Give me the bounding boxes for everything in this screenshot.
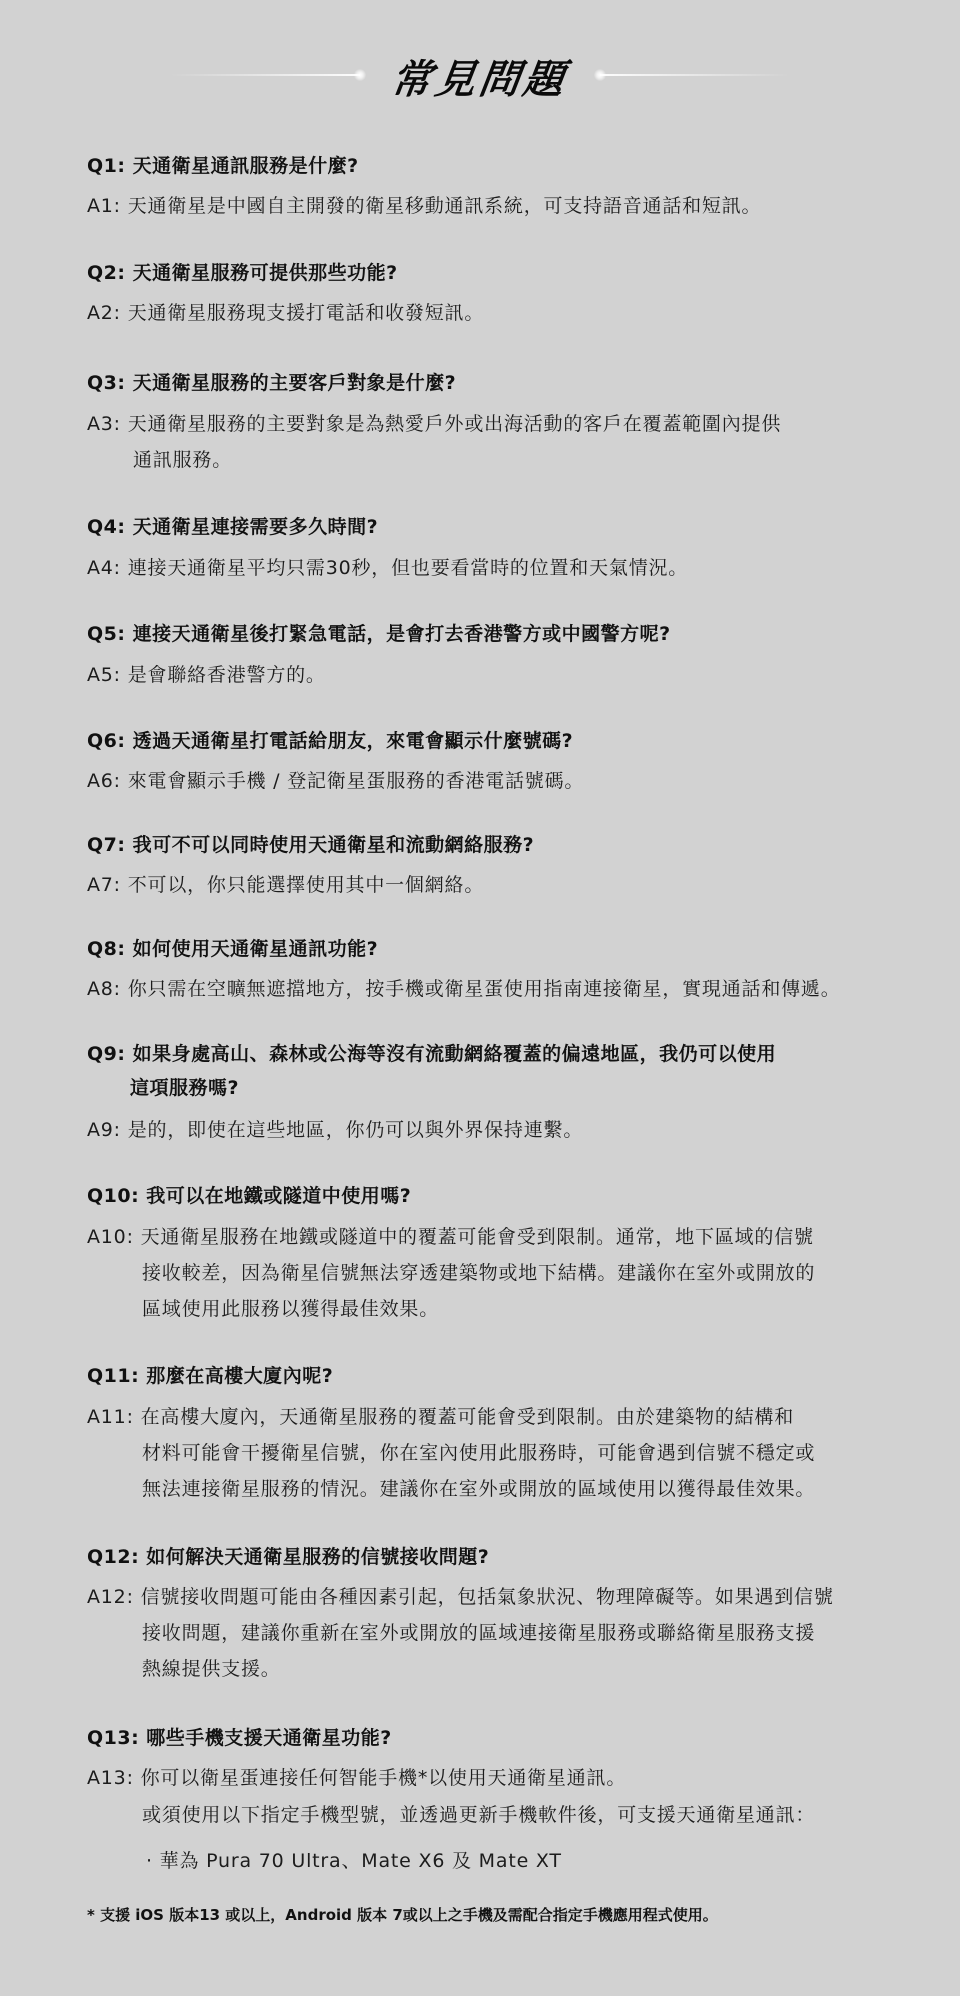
- faq-question-6: Q6: 透過天通衛星打電話給朋友，來電會顯示什麼號碼?: [87, 726, 573, 753]
- faq-answer-10-line-3: 區域使用此服務以獲得最佳效果。: [142, 1294, 439, 1321]
- faq-answer-11-line-3: 無法連接衛星服務的情況。建議你在室外或開放的區域使用以獲得最佳效果。: [142, 1474, 815, 1501]
- faq-answer-12-line-2: 接收問題，建議你重新在室外或開放的區域連接衛星服務或聯絡衛星服務支援: [142, 1618, 815, 1645]
- faq-question-9-line-2: 這項服務嗎?: [130, 1073, 239, 1100]
- faq-answer-9: A9: 是的，即使在這些地區，你仍可以與外界保持連繫。: [87, 1115, 583, 1142]
- supported-phone-list-item: · 華為 Pura 70 Ultra、Mate X6 及 Mate XT: [146, 1846, 562, 1873]
- faq-answer-3: A3: 天通衛星服務的主要對象是為熱愛戶外或出海活動的客戶在覆蓋範圍內提供: [87, 409, 781, 436]
- faq-header: 常見問題: [0, 40, 960, 110]
- faq-question-9: Q9: 如果身處高山、森林或公海等沒有流動網絡覆蓋的偏遠地區，我仍可以使用: [87, 1039, 776, 1066]
- faq-answer-13: A13: 你可以衛星蛋連接任何智能手機*以使用天通衛星通訊。: [87, 1763, 626, 1790]
- faq-answer-5: A5: 是會聯絡香港警方的。: [87, 660, 326, 687]
- faq-answer-4: A4: 連接天通衛星平均只需30秒，但也要看當時的位置和天氣情況。: [87, 553, 688, 580]
- faq-answer-3-line-2: 通訊服務。: [133, 445, 232, 472]
- faq-question-13: Q13: 哪些手機支援天通衛星功能?: [87, 1723, 392, 1750]
- faq-question-4: Q4: 天通衛星連接需要多久時間?: [87, 512, 378, 539]
- faq-question-12: Q12: 如何解決天通衛星服務的信號接收問題?: [87, 1542, 489, 1569]
- faq-question-7: Q7: 我可不可以同時使用天通衛星和流動網絡服務?: [87, 830, 534, 857]
- faq-answer-6: A6: 來電會顯示手機 / 登記衛星蛋服務的香港電話號碼。: [87, 766, 584, 793]
- faq-question-5: Q5: 連接天通衛星後打緊急電話，是會打去香港警方或中國警方呢?: [87, 619, 671, 646]
- faq-question-10: Q10: 我可以在地鐵或隧道中使用嗎?: [87, 1181, 411, 1208]
- faq-answer-11: A11: 在高樓大廈內，天通衛星服務的覆蓋可能會受到限制。由於建築物的結構和: [87, 1402, 794, 1429]
- page-title: 常見問題: [0, 48, 960, 105]
- faq-answer-13-line-2: 或須使用以下指定手機型號，並透過更新手機軟件後，可支援天通衛星通訊：: [142, 1800, 815, 1827]
- faq-question-8: Q8: 如何使用天通衛星通訊功能?: [87, 934, 378, 961]
- faq-question-2: Q2: 天通衛星服務可提供那些功能?: [87, 258, 398, 285]
- faq-answer-8: A8: 你只需在空曠無遮擋地方，按手機或衛星蛋使用指南連接衛星，實現通話和傳遞。: [87, 974, 841, 1001]
- faq-question-1: Q1: 天通衛星通訊服務是什麼?: [87, 151, 359, 178]
- footnote: * 支援 iOS 版本13 或以上，Android 版本 7或以上之手機及需配合…: [87, 1904, 718, 1925]
- faq-answer-10-line-2: 接收較差，因為衛星信號無法穿透建築物或地下結構。建議你在室外或開放的: [142, 1258, 815, 1285]
- faq-answer-2: A2: 天通衛星服務現支援打電話和收發短訊。: [87, 298, 484, 325]
- faq-answer-12-line-3: 熱線提供支援。: [142, 1654, 281, 1681]
- faq-answer-1: A1: 天通衛星是中國自主開發的衛星移動通訊系統，可支持語音通話和短訊。: [87, 191, 761, 218]
- faq-question-11: Q11: 那麼在高樓大廈內呢?: [87, 1361, 333, 1388]
- faq-answer-10: A10: 天通衛星服務在地鐵或隧道中的覆蓋可能會受到限制。通常，地下區域的信號: [87, 1222, 814, 1249]
- faq-answer-7: A7: 不可以，你只能選擇使用其中一個網絡。: [87, 870, 484, 897]
- faq-question-3: Q3: 天通衛星服務的主要客戶對象是什麼?: [87, 368, 456, 395]
- faq-answer-11-line-2: 材料可能會干擾衛星信號，你在室內使用此服務時，可能會遇到信號不穩定或: [142, 1438, 815, 1465]
- decorative-line-right: [600, 74, 790, 76]
- faq-answer-12: A12: 信號接收問題可能由各種因素引起，包括氣象狀況、物理障礙等。如果遇到信號: [87, 1582, 834, 1609]
